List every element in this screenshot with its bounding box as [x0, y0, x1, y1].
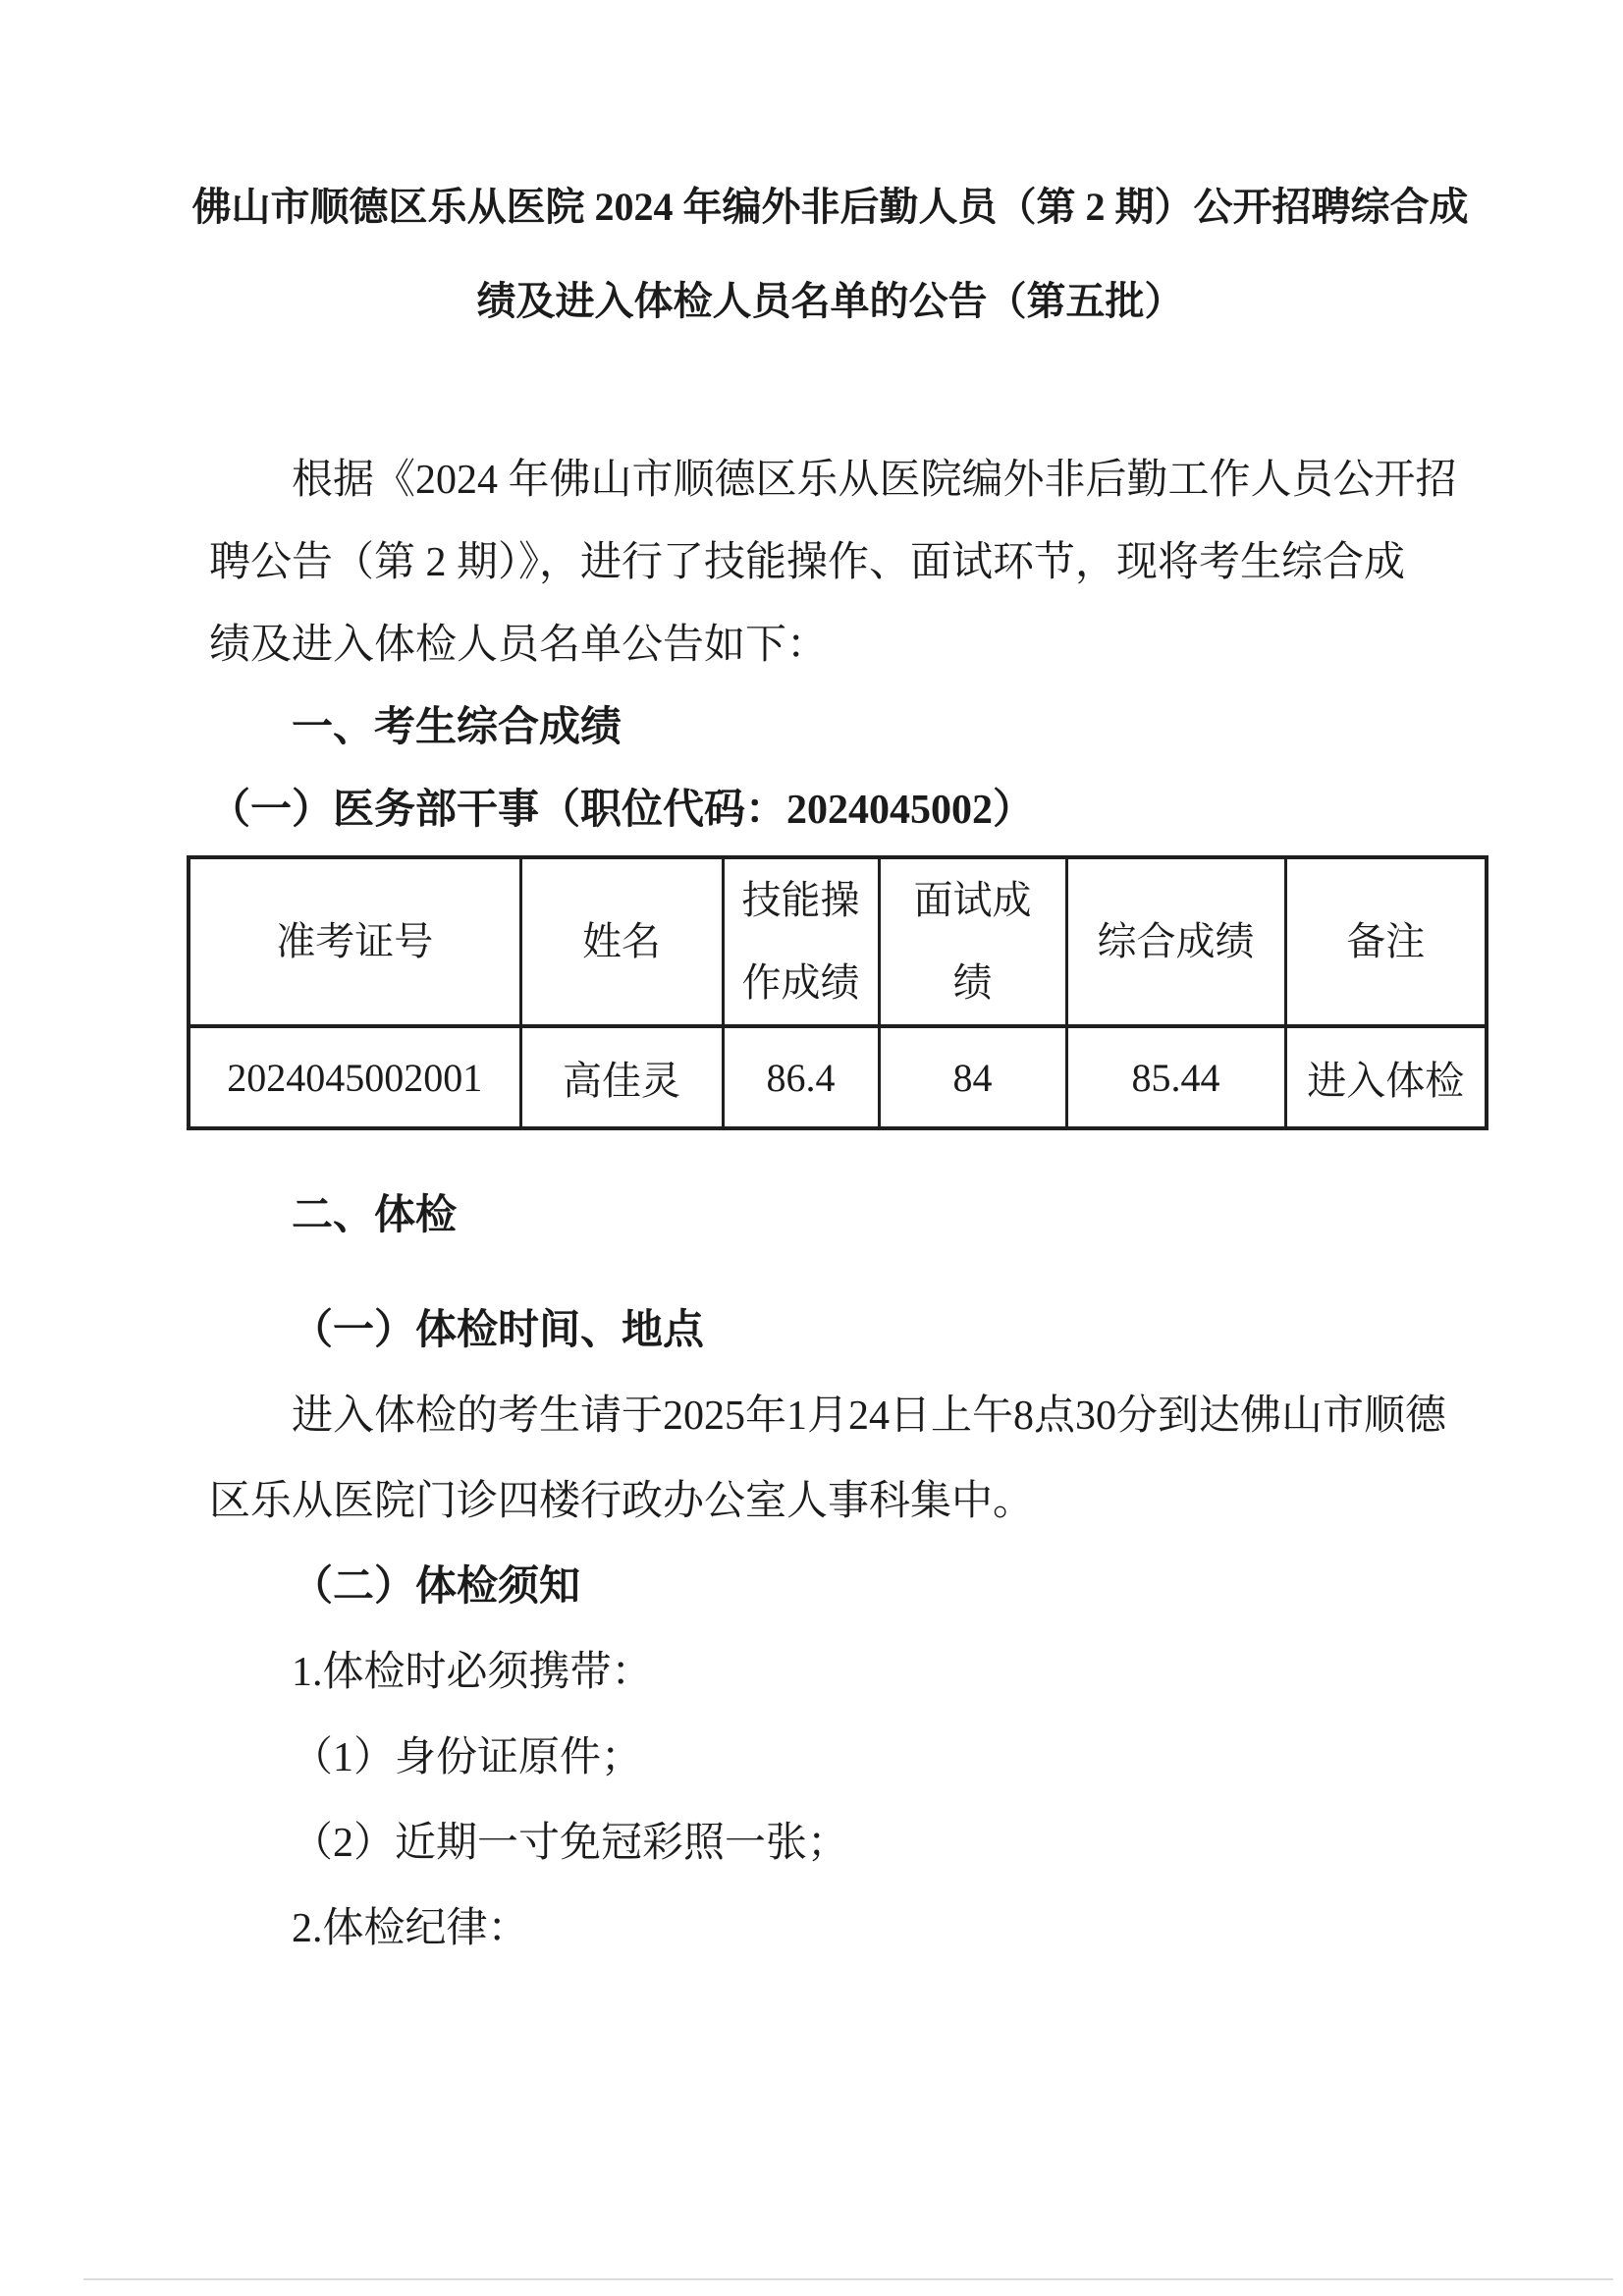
intro-paragraph: 根据《2024 年佛山市顺德区乐从医院编外非后勤工作人员公开招 聘公告（第 2 … — [209, 439, 1481, 686]
section2-heading: 二、体检 — [209, 1174, 1481, 1259]
score-table: 准考证号 姓名 技能操 作成绩 面试成 绩 综合成绩 备注 — [187, 855, 1488, 1130]
announcement-page: 佛山市顺德区乐从医院 2024 年编外非后勤人员（第 2 期）公开招聘综合成 绩… — [0, 0, 1623, 2296]
section1-heading: 一、考生综合成绩 — [209, 686, 1481, 769]
column-header-exam-number: 准考证号 — [189, 857, 520, 1026]
cell-interview-score: 84 — [879, 1026, 1066, 1128]
cell-composite-score: 85.44 — [1066, 1026, 1285, 1128]
page-title-line-1: 佛山市顺德区乐从医院 2024 年编外非后勤人员（第 2 期）公开招聘综合成 — [180, 160, 1481, 254]
note-item-3: （2）近期一寸免冠彩照一张； — [209, 1801, 1481, 1886]
page-title-line-2: 绩及进入体检人员名单的公告（第五批） — [180, 254, 1481, 349]
notice-line-2: 区乐从医院门诊四楼行政办公室人事科集中。 — [209, 1459, 1481, 1545]
section2-subheading-1: （一）体检时间、地点 — [209, 1288, 1481, 1374]
note-item-1: 1.体检时必须携带： — [209, 1630, 1481, 1716]
intro-line-3: 绩及进入体检人员名单公告如下： — [209, 604, 1481, 686]
cell-exam-number: 2024045002001 — [189, 1026, 520, 1128]
notice-line-1: 进入体检的考生请于2025年1月24日上午8点30分到达佛山市顺德 — [209, 1374, 1481, 1459]
column-header-skill-score: 技能操 作成绩 — [723, 857, 879, 1026]
column-header-name: 姓名 — [520, 857, 723, 1026]
section2-subheading-2: （二）体检须知 — [209, 1545, 1481, 1630]
note-item-4: 2.体检纪律： — [209, 1886, 1481, 1972]
score-table-header-row: 准考证号 姓名 技能操 作成绩 面试成 绩 综合成绩 备注 — [189, 857, 1487, 1026]
note-item-2: （1）身份证原件； — [209, 1716, 1481, 1801]
section2: 二、体检 （一）体检时间、地点 进入体检的考生请于2025年1月24日上午8点3… — [209, 1174, 1481, 1972]
score-table-row: 2024045002001 高佳灵 86.4 84 85.44 进入体检 — [189, 1026, 1487, 1128]
intro-line-1: 根据《2024 年佛山市顺德区乐从医院编外非后勤工作人员公开招 — [209, 439, 1481, 521]
cell-skill-score: 86.4 — [723, 1026, 879, 1128]
section1-subheading: （一）医务部干事（职位代码：2024045002） — [209, 769, 1481, 851]
column-header-remarks: 备注 — [1285, 857, 1487, 1026]
cell-remarks: 进入体检 — [1285, 1026, 1487, 1128]
cell-name: 高佳灵 — [520, 1026, 723, 1128]
page-title: 佛山市顺德区乐从医院 2024 年编外非后勤人员（第 2 期）公开招聘综合成 绩… — [180, 160, 1481, 349]
column-header-composite-score: 综合成绩 — [1066, 857, 1285, 1026]
scan-artifact-line — [83, 2278, 1613, 2280]
intro-line-2: 聘公告（第 2 期）》，进行了技能操作、面试环节，现将考生综合成 — [209, 521, 1481, 604]
column-header-interview-score: 面试成 绩 — [879, 857, 1066, 1026]
